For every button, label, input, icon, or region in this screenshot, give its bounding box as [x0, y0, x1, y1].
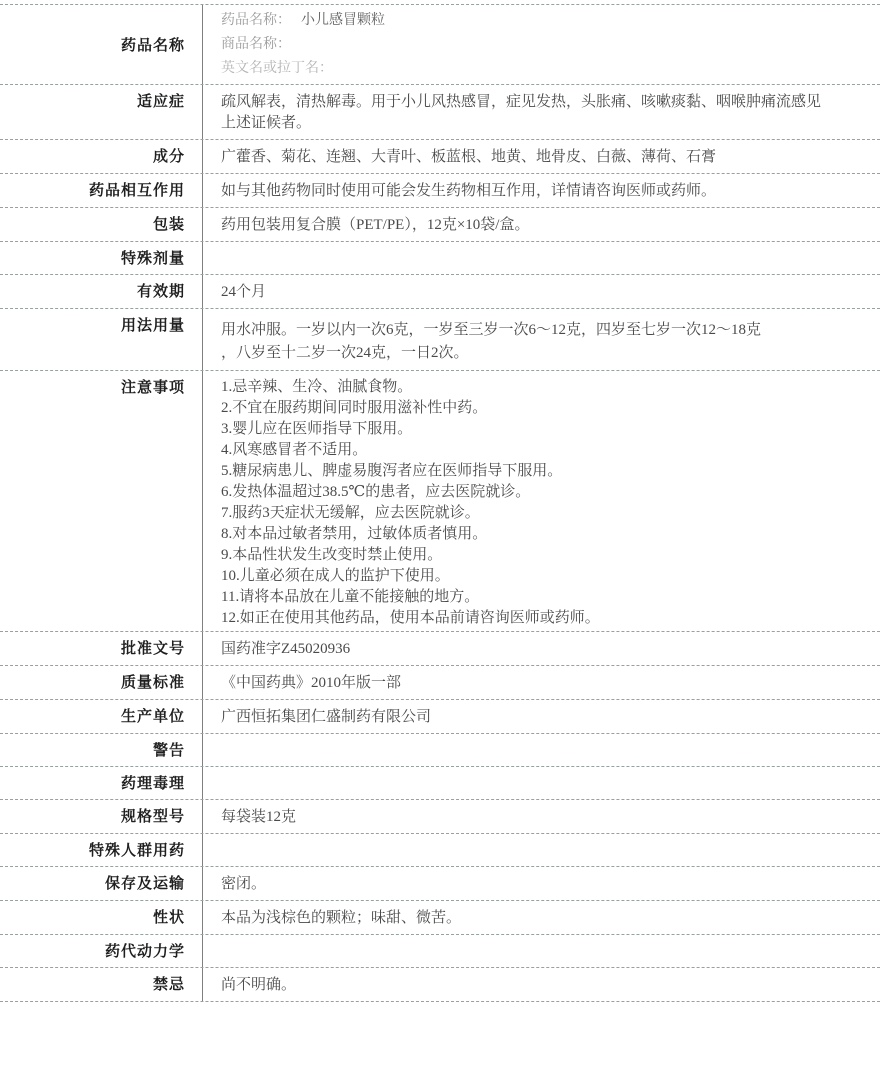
row-value: 疏风解表，清热解毒。用于小儿风热感冒，症见发热，头胀痛、咳嗽痰黏、咽喉肿痛流感见…: [203, 85, 880, 139]
row-value: 密闭。: [203, 867, 880, 900]
latin-name-line: 英文名或拉丁名：: [221, 57, 868, 81]
row-value: [203, 767, 880, 799]
precaution-item: 9.本品性状发生改变时禁止使用。: [221, 545, 868, 566]
precaution-item: 5.糖尿病患儿、脾虚易腹泻者应在医师指导下服用。: [221, 461, 868, 482]
row-label: 成分: [0, 140, 203, 173]
row-label: 用法用量: [0, 309, 203, 370]
drug-name-line: 药品名称：小儿感冒颗粒: [221, 9, 868, 33]
row-value: [203, 242, 880, 274]
row-specification: 规格型号 每袋装12克: [0, 800, 880, 834]
row-label: 有效期: [0, 275, 203, 308]
row-value: [203, 935, 880, 967]
row-label: 注意事项: [0, 371, 203, 631]
row-label: 药品名称: [0, 5, 203, 84]
row-label: 包装: [0, 208, 203, 241]
row-value: 每袋装12克: [203, 800, 880, 833]
precaution-item: 10.儿童必须在成人的监护下使用。: [221, 566, 868, 587]
row-value: 国药准字Z45020936: [203, 632, 880, 665]
precaution-item: 12.如正在使用其他药品，使用本品前请咨询医师或药师。: [221, 608, 868, 629]
row-value: 药用包装用复合膜（PET/PE），12克×10袋/盒。: [203, 208, 880, 241]
row-quality-standard: 质量标准 《中国药典》2010年版一部: [0, 666, 880, 700]
precaution-item: 1.忌辛辣、生冷、油腻食物。: [221, 377, 868, 398]
precaution-item: 8.对本品过敏者禁用，过敏体质者慎用。: [221, 524, 868, 545]
row-drug-name: 药品名称 药品名称：小儿感冒颗粒 商品名称： 英文名或拉丁名：: [0, 5, 880, 85]
row-label: 警告: [0, 734, 203, 766]
drug-name-value: 小儿感冒颗粒: [301, 13, 385, 28]
row-value: [203, 734, 880, 766]
drug-name-key: 药品名称：: [221, 13, 291, 28]
row-approval-number: 批准文号 国药准字Z45020936: [0, 632, 880, 666]
row-description: 性状 本品为浅棕色的颗粒；味甜、微苦。: [0, 901, 880, 935]
trade-name-line: 商品名称：: [221, 33, 868, 57]
latin-name-key: 英文名或拉丁名：: [221, 61, 333, 76]
row-pharmacokinetics: 药代动力学: [0, 935, 880, 968]
row-special-populations: 特殊人群用药: [0, 834, 880, 867]
row-label: 禁忌: [0, 968, 203, 1001]
indications-line: 上述证候者。: [221, 113, 868, 134]
dosage-line: 用水冲服。一岁以内一次6克，一岁至三岁一次6～12克，四岁至七岁一次12～18克: [221, 319, 868, 342]
trade-name-key: 商品名称：: [221, 37, 291, 52]
row-label: 批准文号: [0, 632, 203, 665]
drug-info-table: 药品名称 药品名称：小儿感冒颗粒 商品名称： 英文名或拉丁名： 适应症 疏风解表…: [0, 4, 880, 1002]
row-label: 质量标准: [0, 666, 203, 699]
row-value: 尚不明确。: [203, 968, 880, 1001]
precaution-item: 2.不宜在服药期间同时服用滋补性中药。: [221, 398, 868, 419]
row-value: [203, 834, 880, 866]
row-label: 药代动力学: [0, 935, 203, 967]
precaution-item: 6.发热体温超过38.5℃的患者，应去医院就诊。: [221, 482, 868, 503]
row-warning: 警告: [0, 734, 880, 767]
row-value: 广藿香、菊花、连翘、大青叶、板蓝根、地黄、地骨皮、白薇、薄荷、石膏: [203, 140, 880, 173]
row-indications: 适应症 疏风解表，清热解毒。用于小儿风热感冒，症见发热，头胀痛、咳嗽痰黏、咽喉肿…: [0, 85, 880, 140]
row-label: 规格型号: [0, 800, 203, 833]
dosage-line: ，八岁至十二岁一次24克，一日2次。: [221, 342, 868, 365]
precaution-item: 3.婴儿应在医师指导下服用。: [221, 419, 868, 440]
row-manufacturer: 生产单位 广西恒拓集团仁盛制药有限公司: [0, 700, 880, 734]
precaution-item: 4.风寒感冒者不适用。: [221, 440, 868, 461]
row-value: 《中国药典》2010年版一部: [203, 666, 880, 699]
precaution-item: 11.请将本品放在儿童不能接触的地方。: [221, 587, 868, 608]
row-pharmacology-toxicology: 药理毒理: [0, 767, 880, 800]
row-storage-transport: 保存及运输 密闭。: [0, 867, 880, 901]
row-dosage-usage: 用法用量 用水冲服。一岁以内一次6克，一岁至三岁一次6～12克，四岁至七岁一次1…: [0, 309, 880, 371]
row-special-dosage: 特殊剂量: [0, 242, 880, 275]
row-value: 24个月: [203, 275, 880, 308]
row-label: 性状: [0, 901, 203, 934]
row-value: 用水冲服。一岁以内一次6克，一岁至三岁一次6～12克，四岁至七岁一次12～18克…: [203, 309, 880, 370]
row-label: 适应症: [0, 85, 203, 139]
indications-line: 疏风解表，清热解毒。用于小儿风热感冒，症见发热，头胀痛、咳嗽痰黏、咽喉肿痛流感见: [221, 92, 868, 113]
row-value: 本品为浅棕色的颗粒；味甜、微苦。: [203, 901, 880, 934]
row-value: 药品名称：小儿感冒颗粒 商品名称： 英文名或拉丁名：: [203, 5, 880, 84]
row-label: 特殊人群用药: [0, 834, 203, 866]
row-value: 1.忌辛辣、生冷、油腻食物。 2.不宜在服药期间同时服用滋补性中药。 3.婴儿应…: [203, 371, 880, 631]
row-drug-interactions: 药品相互作用 如与其他药物同时使用可能会发生药物相互作用，详情请咨询医师或药师。: [0, 174, 880, 208]
row-label: 药理毒理: [0, 767, 203, 799]
row-label: 特殊剂量: [0, 242, 203, 274]
row-precautions: 注意事项 1.忌辛辣、生冷、油腻食物。 2.不宜在服药期间同时服用滋补性中药。 …: [0, 371, 880, 632]
row-ingredients: 成分 广藿香、菊花、连翘、大青叶、板蓝根、地黄、地骨皮、白薇、薄荷、石膏: [0, 140, 880, 174]
row-label: 保存及运输: [0, 867, 203, 900]
precaution-item: 7.服药3天症状无缓解，应去医院就诊。: [221, 503, 868, 524]
row-contraindications: 禁忌 尚不明确。: [0, 968, 880, 1002]
row-label: 药品相互作用: [0, 174, 203, 207]
row-label: 生产单位: [0, 700, 203, 733]
row-value: 广西恒拓集团仁盛制药有限公司: [203, 700, 880, 733]
row-value: 如与其他药物同时使用可能会发生药物相互作用，详情请咨询医师或药师。: [203, 174, 880, 207]
row-shelf-life: 有效期 24个月: [0, 275, 880, 309]
row-packaging: 包装 药用包装用复合膜（PET/PE），12克×10袋/盒。: [0, 208, 880, 242]
